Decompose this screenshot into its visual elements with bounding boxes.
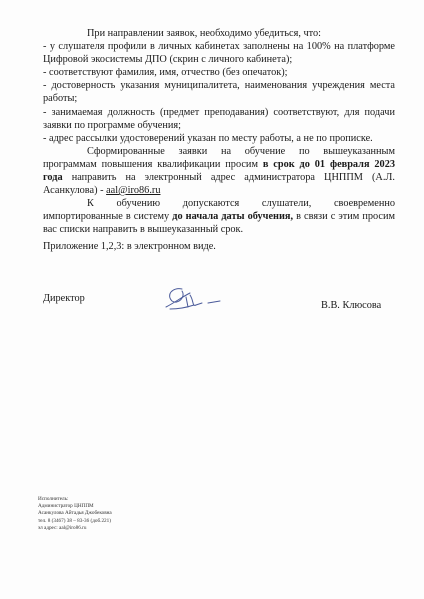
checklist-item: - занимаемая должность (предмет преподав…	[43, 106, 395, 132]
document-page: При направлении заявок, необходимо убеди…	[0, 0, 424, 599]
admission-paragraph: К обучению допускаются слушатели, своевр…	[43, 197, 395, 236]
submission-paragraph: Сформированные заявки на обучение по выш…	[43, 145, 395, 197]
email-link[interactable]: aal@iro86.ru	[106, 185, 160, 196]
intro-paragraph: При направлении заявок, необходимо убеди…	[43, 27, 395, 40]
signer-title: Директор	[43, 293, 85, 304]
checklist-item: - соответствуют фамилия, имя, отчество (…	[43, 66, 395, 79]
checklist-item: - достоверность указания муниципалитета,…	[43, 79, 395, 105]
admission-deadline-text: до начала даты обучения,	[172, 211, 293, 222]
letter-body: При направлении заявок, необходимо убеди…	[43, 27, 395, 237]
handwritten-signature-icon	[160, 283, 230, 315]
signer-name: В.В. Клюсова	[321, 300, 381, 311]
checklist-item: - у слушателя профили в личных кабинетах…	[43, 40, 395, 66]
checklist-item: - адрес рассылки удостоверений указан по…	[43, 132, 395, 145]
attachment-note: Приложение 1,2,3: в электронном виде.	[43, 241, 216, 252]
executor-footer: Исполнитель: Администратор ЦНППМ Асанкул…	[38, 496, 112, 532]
